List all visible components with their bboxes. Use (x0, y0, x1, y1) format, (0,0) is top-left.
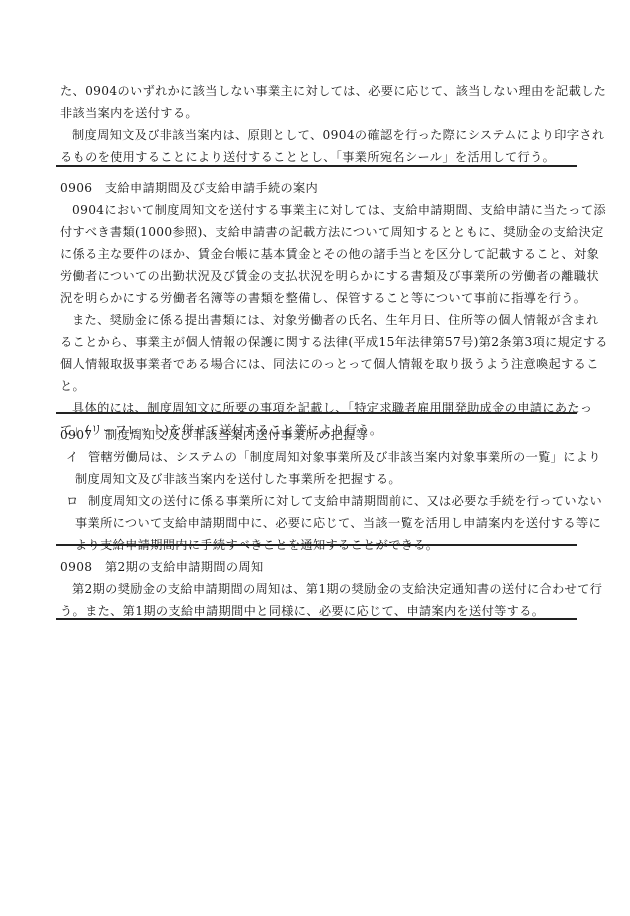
paragraph-line: 個人情報取扱事業者である場合には、同法にのっとって個人情報を取り扱うよう注意喚起… (60, 353, 580, 375)
paragraph-line: 付すべき書類(1000参照)、支給申請書の記載方法について周知するとともに、奨励… (60, 221, 580, 243)
section-divider (56, 165, 577, 167)
list-item-line: 制度周知文及び非該当案内を送付した事業所を把握する。 (75, 468, 595, 490)
paragraph-line: 制度周知文及び非該当案内は、原則として、0904の確認を行った際にシステムにより… (72, 124, 592, 146)
paragraph-line: 0904において制度周知文を送付する事業主に対しては、支給申請期間、支給申請に当… (72, 199, 592, 221)
section-divider (56, 412, 577, 414)
section-heading-0908: 0908 第2期の支給申請期間の周知 (60, 556, 580, 578)
document-page: た、0904のいずれかに該当しない事業主に対しては、必要に応じて、該当しない理由… (0, 0, 630, 916)
section-heading-0907: 0907 制度周知文及び非該当案内送付事業所の把握等 (60, 424, 580, 446)
paragraph-line: また、奨励金に係る提出書類には、対象労働者の氏名、生年月日、住所等の個人情報が含… (72, 309, 592, 331)
list-marker: ロ (66, 490, 80, 512)
paragraph-line: た、0904のいずれかに該当しない事業主に対しては、必要に応じて、該当しない理由… (60, 80, 580, 102)
paragraph-line: 具体的には、制度周知文に所要の事項を記載し、「特定求職者雇用開発助成金の申請にあ… (72, 397, 592, 419)
list-item-line: 事業所について支給申請期間中に、必要に応じて、当該一覧を活用し申請案内を送付する… (75, 512, 595, 534)
list-item-line: 管轄労働局は、システムの「制度周知対象事業所及び非該当案内対象事業所の一覧」によ… (88, 446, 580, 468)
paragraph-line: 非該当案内を送付する。 (60, 102, 580, 124)
paragraph-line: に係る主な要件のほか、賃金台帳に基本賃金とその他の諸手当とを区分して記載すること… (60, 243, 580, 265)
section-divider (56, 544, 577, 546)
list-marker: イ (66, 446, 80, 468)
section-divider (56, 618, 577, 620)
paragraph-line: 第2期の奨励金の支給申請期間の周知は、第1期の奨励金の支給決定通知書の送付に合わ… (72, 578, 592, 600)
paragraph-line: ることから、事業主が個人情報の保護に関する法律(平成15年法律第57号)第2条第… (60, 331, 580, 353)
list-item-line: 制度周知文の送付に係る事業所に対して支給申請期間前に、又は必要な手続を行っていな… (88, 490, 580, 512)
section-heading-0906: 0906 支給申請期間及び支給申請手続の案内 (60, 177, 580, 199)
paragraph-line: 況を明らかにする労働者名簿等の書類を整備し、保管すること等について事前に指導を行… (60, 287, 580, 309)
paragraph-line: 労働者についての出勤状況及び賃金の支払状況を明らかにする書類及び事業所の労働者の… (60, 265, 580, 287)
paragraph-line: と。 (60, 375, 580, 397)
